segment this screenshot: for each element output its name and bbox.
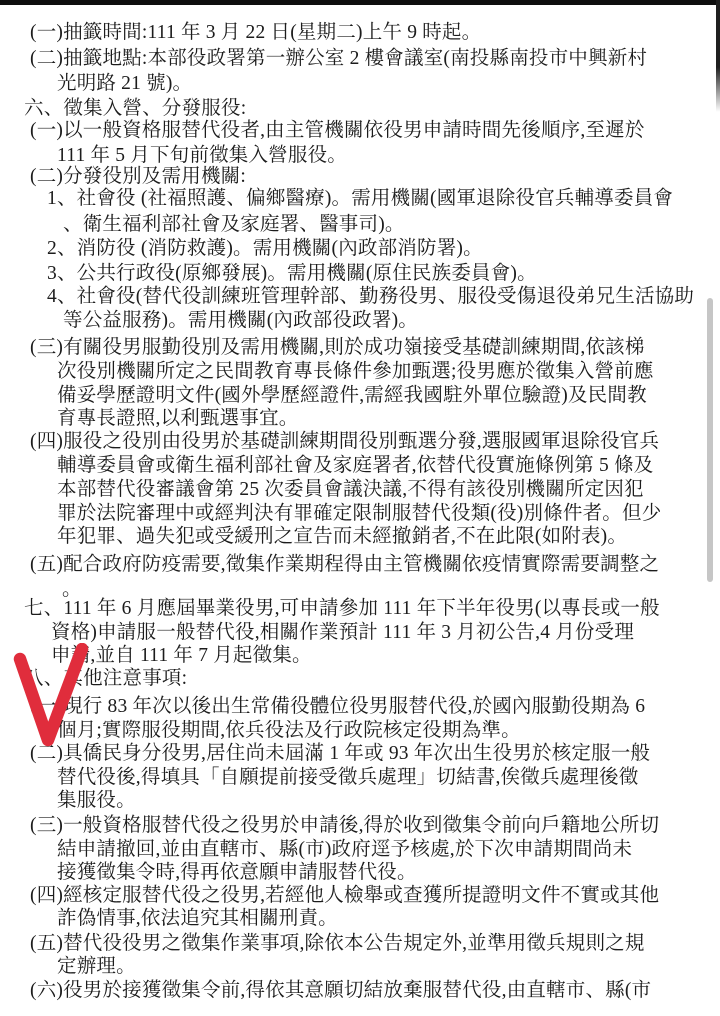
document-line: 111 年 5 月下旬前徵集入營服役。 (57, 145, 347, 166)
document-line: 七、111 年 6 月應屆畢業役男,可申請參加 111 年下半年役男(以專長或一… (24, 598, 660, 619)
document-line: 罪於法院審理中或經判決有罪確定限制服替代役類(役)別條件者。但少 (57, 503, 661, 524)
document-line: (四)經核定服替代役之役男,若經他人檢舉或查獲所提證明文件不實或其他 (30, 885, 659, 906)
document-line: 個月;實際服役期間,依兵役法及行政院核定役期為準。 (57, 720, 521, 741)
document-line: (四)服役之役別由役男於基礎訓練期間役別甄選分發,選服國軍退除役官兵 (30, 431, 659, 452)
document-line: 2、消防役 (消防救護)。需用機關(內政部消防署)。 (47, 238, 483, 259)
document-line: 詐偽情事,依法追究其相關刑責。 (57, 908, 338, 929)
document-line: (五)替代役役男之徵集作業事項,除依本公告規定外,並準用徵兵規則之規 (30, 933, 645, 954)
document-line: (六)役男於接獲徵集令前,得依其意願切結放棄服替代役,由直轄市、縣(市 (30, 980, 651, 1001)
scan-edge-right (716, 0, 720, 112)
document-line: (二)分發役別及需用機關: (30, 166, 246, 187)
document-line: 六、徵集入營、分發服役: (24, 98, 246, 119)
document-line: 結申請撤回,並由直轄市、縣(市)政府逕予核處,於下次申請期間尚未 (57, 839, 632, 860)
document-line: 、衛生福利部社會及家庭署、醫事司)。 (63, 214, 405, 235)
document-line: 育專長證照,以利甄選事宜。 (57, 408, 298, 429)
document-line: (二)具僑民身分役男,居住尚未屆滿 1 年或 93 年次出生役男於核定服一般 (30, 743, 650, 764)
document-page: (一)抽籤時間:111 年 3 月 22 日(星期二)上午 9 時起。(二)抽籤… (0, 0, 720, 1016)
document-line: 4、社會役(替代役訓練班管理幹部、勤務役男、服役受傷退役弟兄生活協助 (47, 286, 694, 307)
document-line: 3、公共行政役(原鄉發展)。需用機關(原住民族委員會)。 (47, 263, 537, 284)
document-line: 集服役。 (57, 790, 136, 811)
document-line: 等公益服務)。需用機關(內政部役政署)。 (63, 310, 418, 331)
document-line: 替代役後,得填具「自願提前接受徵兵處理」切結書,俟徵兵處理後徵 (57, 767, 638, 788)
document-line: 申請,並自 111 年 7 月起徵集。 (51, 645, 312, 666)
document-line: 1、社會役 (社福照護、偏鄉醫療)。需用機關(國軍退除役官兵輔導委員會 (47, 188, 673, 209)
document-line: 。 (62, 579, 82, 600)
scrollbar-thumb[interactable] (707, 298, 713, 582)
document-line: 接獲徵集令時,得再依意願申請服替代役。 (57, 862, 417, 883)
document-line: (一)以一般資格服替代役者,由主管機關依役男申請時間先後順序,至遲於 (30, 120, 645, 141)
document-line: (三)一般資格服替代役之役男於申請後,得於收到徵集令前向戶籍地公所切 (30, 815, 659, 836)
document-line: 資格)申請服一般替代役,相關作業預計 111 年 3 月初公告,4 月份受理 (51, 622, 634, 643)
document-line: (五)配合政府防疫需要,徵集作業期程得由主管機關依疫情實際需要調整之 (30, 554, 659, 575)
document-line: 年犯罪、過失犯或受緩刑之宣告而未經撤銷者,不在此限(如附表)。 (57, 526, 627, 547)
document-line: 本部替代役審議會第 25 次委員會議決議,不得有該役別機關所定因犯 (57, 479, 644, 500)
document-line: 定辦理。 (57, 956, 136, 977)
document-line: 八、其他注意事項: (24, 668, 187, 689)
document-line: (二)抽籤地點:本部役政署第一辦公室 2 樓會議室(南投縣南投市中興新村 (30, 48, 647, 69)
scan-edge-top (0, 0, 720, 5)
document-line: 光明路 21 號)。 (57, 73, 192, 94)
document-line: 輔導委員會或衛生福利部社會及家庭署者,依替代役實施條例第 5 條及 (57, 455, 653, 476)
document-line: 備妥學歷證明文件(國外學歷經證件,需經我國駐外單位驗證)及民間教 (57, 385, 647, 406)
document-line: 次役別機關所定之民間教育專長條件參加甄選;役男應於徵集入營前應 (57, 361, 654, 382)
document-line: (一)現行 83 年次以後出生常備役體位役男服替代役,於國內服勤役期為 6 (30, 696, 645, 717)
document-line: (一)抽籤時間:111 年 3 月 22 日(星期二)上午 9 時起。 (30, 22, 481, 43)
document-line: (三)有關役男服勤役別及需用機關,則於成功嶺接受基礎訓練期間,依該梯 (30, 337, 645, 358)
